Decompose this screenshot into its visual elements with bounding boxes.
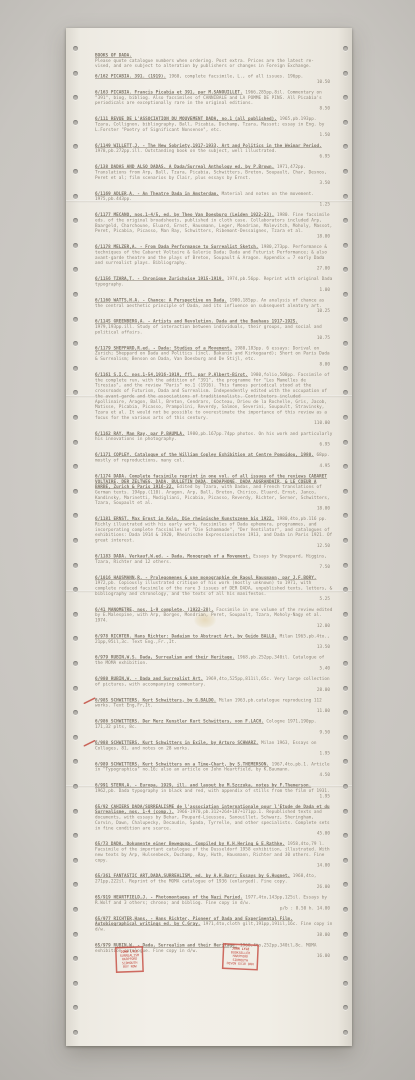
punch-hole xyxy=(343,464,348,469)
catalogue-entry: 6/1161 S.I.C. nos.1-54,1916-1919, ffl. p… xyxy=(95,373,333,427)
punch-hole xyxy=(73,735,78,740)
entry-price: 8.00 xyxy=(95,362,333,367)
punch-hole xyxy=(343,243,348,248)
entry-heading: 6/1169 ADLER,A. - An Theatre Dada in Ams… xyxy=(95,191,219,196)
punch-hole xyxy=(73,759,78,764)
catalogue-entry: 6/1162 RAY. Man Ray, par P.BAUMLA. 1980,… xyxy=(95,431,333,447)
entry-price: 14.00 xyxy=(95,863,333,868)
punch-hole xyxy=(73,1030,78,1035)
punch-hole xyxy=(73,464,78,469)
catalogue-entry: 6/985 SCHWITTERS. Kurt Schwitters, by G.… xyxy=(95,698,333,714)
punch-hole xyxy=(343,710,348,715)
catalogue-entry: 65/92 CAHIERS DADA/SURREALISME de l'asso… xyxy=(95,804,333,836)
punch-hole xyxy=(343,366,348,371)
entry-price: 10.50 xyxy=(95,79,333,84)
punch-hole xyxy=(73,882,78,887)
entry-heading: 6/138 DADAS AND ALSO DADAS. A Dada/Surre… xyxy=(95,165,274,170)
catalogue-entry: 65/919 HEARTFIELD,J. - Photomontages of … xyxy=(95,895,333,911)
entry-price: 28.00 xyxy=(95,687,333,692)
punch-hole xyxy=(73,194,78,199)
entry-price: 7.50 xyxy=(95,565,333,570)
catalogue-entry: 6/978 RICHTER. Hans Richter: Dadaism to … xyxy=(95,634,333,650)
punch-hole xyxy=(343,46,348,51)
punch-hole xyxy=(343,194,348,199)
punch-hole xyxy=(73,858,78,863)
punch-hole xyxy=(73,513,78,518)
entries: 6/162 PICABIA. 391. (1919). 1960, comple… xyxy=(95,74,333,959)
catalogue-entry: 6/980 RUBIN,W. - Dada and Surrealist Art… xyxy=(95,677,333,693)
entry-heading: 6/162 PICABIA. 391. (1919). xyxy=(95,74,166,79)
entry-heading: 6/1160 WATTS,H.A. - Chance: A Perspectiv… xyxy=(95,298,227,303)
entry-price: 8.50 xyxy=(95,106,333,111)
punch-hole xyxy=(343,341,348,346)
entry-heading: 6/1156 TZARA,T. - Chronique Zurichoise 1… xyxy=(95,277,224,282)
entry-description: 1962,pb. Dada typography in black and re… xyxy=(95,788,330,793)
entry-heading: 6/1178 MELZER,A. - From Dada Performance… xyxy=(95,245,258,250)
punch-hole xyxy=(73,267,78,272)
punch-hole xyxy=(73,563,78,568)
punch-hole xyxy=(343,415,348,420)
catalogue-entry: 6/1181 ERNST. Max Ernst in Koln, Die rhe… xyxy=(95,517,333,549)
entry-price: 12.50 xyxy=(95,543,333,548)
entry-price: 1.95 xyxy=(95,751,333,756)
entry-price: 4.50 xyxy=(95,772,333,777)
entry-heading: 6/991 STERN,A. - Europa, 1929, ill. and … xyxy=(95,783,311,788)
punch-hole xyxy=(73,489,78,494)
entry-heading: 6/1183 DADA. Verkauf,W.ed. - Dada, Monog… xyxy=(95,554,251,559)
entry-heading: 6/985 SCHWITTERS. Kurt Schwitters, by G.… xyxy=(95,698,216,703)
entry-price: 110.00 xyxy=(95,421,333,426)
entry-heading: 6/986 SCHWITTERS. Der Merz Kunstler Kurt… xyxy=(95,719,264,724)
punch-hole xyxy=(73,661,78,666)
punch-hole xyxy=(343,440,348,445)
punch-hole xyxy=(73,710,78,715)
punch-hole xyxy=(73,415,78,420)
punch-hole xyxy=(343,833,348,838)
entry-price: 9.50 xyxy=(95,730,333,735)
punch-hole xyxy=(73,932,78,937)
entry-price: 10.25 xyxy=(95,309,333,314)
entry-price: 26.00 xyxy=(95,884,333,889)
stamp-line: DEVON EX10 0NH xyxy=(227,962,254,967)
catalogue-entry: 65/977 RICHTER,Hans. - Hans Richter, Pio… xyxy=(95,916,333,937)
entry-description: 1980,folio,500pp. Facsimile of the compl… xyxy=(95,373,330,421)
punch-hole xyxy=(73,956,78,961)
catalogue-entry: 6/1156 TZARA,T. - Chronique Zurichoise 1… xyxy=(95,277,333,293)
punch-hole xyxy=(343,882,348,887)
catalogue-page: BOOKS OF DADA. Please quote catalogue nu… xyxy=(66,28,352,1046)
punch-hole xyxy=(73,169,78,174)
note-line-2: vised, and are subject to alteration by … xyxy=(95,64,311,69)
punch-hole xyxy=(73,144,78,149)
punch-hole xyxy=(73,317,78,322)
entry-heading: 6/988 SCHWITTERS. Kurt Schwitters in Exi… xyxy=(95,740,258,745)
punch-hole xyxy=(343,661,348,666)
entry-heading: 6/1179 SHEPPARD,R.ed. - Dada: Studies of… xyxy=(95,346,232,351)
punch-hole xyxy=(73,71,78,76)
ordering-note: Please quote catalogue numbers when orde… xyxy=(95,58,333,69)
entry-price: 27.00 xyxy=(95,266,333,271)
entry-description: 1960, complete facsimile, L., of all iss… xyxy=(166,74,303,79)
entry-heading: 65/361 FANTASTIC ART,DADA,SURREALISM, ed… xyxy=(95,874,290,879)
punch-hole xyxy=(343,390,348,395)
punch-hole xyxy=(343,587,348,592)
punch-hole xyxy=(73,390,78,395)
punch-hole xyxy=(73,46,78,51)
entry-heading: 65/919 HEARTFIELD,J. - Photomontages of … xyxy=(95,895,243,900)
entry-heading: 65/73 DADA. Dokumente einer Bewegung. Co… xyxy=(95,842,285,847)
punch-hole xyxy=(73,95,78,100)
punch-hole xyxy=(343,858,348,863)
catalogue-entry: 6/1178 MELZER,A. - From Dada Performance… xyxy=(95,245,333,272)
entry-heading: 6/1177 MECANO, nos.1-4/5, ed. by Theo Va… xyxy=(95,213,274,218)
punch-hole xyxy=(343,612,348,617)
punch-hole xyxy=(73,440,78,445)
catalogue-entry: 6/162 PICABIA. 391. (1919). 1960, comple… xyxy=(95,74,333,85)
punch-hole xyxy=(343,218,348,223)
entry-price: 4.95 xyxy=(95,463,333,468)
dealer-stamp-right: JOHN LYLEBOOKSELLERHARPFORDSIDMOUTHDEVON… xyxy=(222,943,259,971)
punch-hole xyxy=(73,587,78,592)
entry-description: 1972,pb. Copiously illustrated critique … xyxy=(95,581,332,597)
punch-hole xyxy=(73,341,78,346)
entry-heading: 6/1149 WILLETT,J. - The New Sobriety,191… xyxy=(95,143,322,148)
punch-hole xyxy=(73,292,78,297)
entry-price: 13.50 xyxy=(95,645,333,650)
punch-hole xyxy=(343,784,348,789)
punch-hole xyxy=(73,636,78,641)
entry-heading: 6/1171 COPLEY. Catalogue of the William … xyxy=(95,453,314,458)
catalogue-entry: 65/73 DADA. Dokumente einer Bewegung. Co… xyxy=(95,842,333,869)
catalogue-entry: 6/138 DADAS AND ALSO DADAS. A Dada/Surre… xyxy=(95,165,333,186)
punch-hole xyxy=(343,144,348,149)
catalogue-entry: 6/1171 COPLEY. Catalogue of the William … xyxy=(95,453,333,469)
punch-hole xyxy=(343,735,348,740)
entry-price: 1.95 xyxy=(95,794,333,799)
punch-hole xyxy=(343,563,348,568)
punch-hole xyxy=(73,809,78,814)
stamp-line: BUY NOW xyxy=(120,965,139,969)
dealer-stamp-left: JOHN LYLESURREALISMHARPFORDSIDMOUTHBUY N… xyxy=(115,946,144,973)
punch-hole xyxy=(73,120,78,125)
entry-price: 11.00 xyxy=(95,709,333,714)
catalogue-entry: 6/986 SCHWITTERS. Der Merz Kunstler Kurt… xyxy=(95,719,333,735)
red-pen-mark xyxy=(83,740,95,747)
punch-hole xyxy=(343,956,348,961)
entry-price: 18.00 xyxy=(95,506,333,511)
entry-description: 1978,pb.272pp.ill. Outstanding book on t… xyxy=(95,149,277,154)
entry-price: 1.25 xyxy=(95,202,333,207)
punch-hole xyxy=(343,120,348,125)
entry-heading: 6/1181 ERNST. Max Ernst in Koln, Die rhe… xyxy=(95,517,274,522)
catalogue-entry: 6/991 STERN,A. - Europa, 1929, ill. and … xyxy=(95,783,333,799)
punch-hole xyxy=(343,71,348,76)
entry-heading: 6/163 PICABIA. Francis Picabia et 391, p… xyxy=(95,90,243,95)
entry-description: 1979,193pp.ill. Study of interaction bet… xyxy=(95,325,322,335)
punch-hole xyxy=(343,636,348,641)
punch-hole xyxy=(73,612,78,617)
catalogue-entry: 6/1177 MECANO, nos.1-4/5, ed. by Theo Va… xyxy=(95,213,333,240)
punch-hole xyxy=(343,513,348,518)
punch-hole xyxy=(343,759,348,764)
punch-hole xyxy=(73,784,78,789)
punch-hole xyxy=(73,686,78,691)
entry-price: 45.00 xyxy=(95,831,333,836)
punch-hole xyxy=(343,538,348,543)
entry-heading: 6/989 SCHWITTERS. Kurt Schwitters on a T… xyxy=(95,762,269,767)
catalogue-entry: 6/41 MANOMETRE, nos. 1-9 complete, (1922… xyxy=(95,607,333,628)
entry-price: 3.50 xyxy=(95,181,333,186)
entry-heading: 6/980 RUBIN,W. - Dada and Surrealist Art… xyxy=(95,677,203,682)
punch-hole xyxy=(343,267,348,272)
punch-hole xyxy=(73,907,78,912)
entry-price: 5.40 xyxy=(95,666,333,671)
catalogue-entry: 6/1160 WATTS,H.A. - Chance: A Perspectiv… xyxy=(95,298,333,314)
punch-hole xyxy=(73,1005,78,1010)
punch-hole xyxy=(343,169,348,174)
catalogue-entry: 65/361 FANTASTIC ART,DADA,SURREALISM, ed… xyxy=(95,874,333,890)
catalogue-entry: 6/1145 GREENBERG,A. - Artists and Revolu… xyxy=(95,319,333,340)
punch-hole xyxy=(343,1030,348,1035)
punch-hole xyxy=(343,95,348,100)
catalogue-entry: 6/1174 DADA. Complete facsimile reprint … xyxy=(95,474,333,511)
punch-hole xyxy=(343,809,348,814)
punch-hole xyxy=(343,317,348,322)
entry-heading: 6/979 RUBIN,W.S. Dada, Surrealism and th… xyxy=(95,655,235,660)
catalogue-entry: 6/1179 SHEPPARD,R.ed. - Dada: Studies of… xyxy=(95,346,333,367)
punch-hole xyxy=(343,907,348,912)
entry-price: 18.00 xyxy=(95,234,333,239)
catalogue-entry: 6/1149 WILLETT,J. - The New Sobriety,191… xyxy=(95,143,333,159)
note-line-1: Please quote catalogue numbers when orde… xyxy=(95,58,314,63)
punch-hole xyxy=(343,292,348,297)
catalogue-entry: 6/1016 HAUSMANN,R. - Prolegomenes & une … xyxy=(95,575,333,602)
catalogue-entry: 6/163 PICABIA. Francis Picabia et 391, p… xyxy=(95,90,333,111)
entry-price: 1.00 xyxy=(95,287,333,292)
punch-hole xyxy=(343,1005,348,1010)
entry-heading: 6/1145 GREENBERG,A. - Artists and Revolu… xyxy=(95,319,298,324)
punch-hole xyxy=(73,538,78,543)
punch-hole xyxy=(73,243,78,248)
punch-hole xyxy=(343,686,348,691)
punch-hole xyxy=(343,981,348,986)
punch-hole xyxy=(73,981,78,986)
entry-price: 12.00 xyxy=(95,623,333,628)
punch-hole xyxy=(73,366,78,371)
entry-heading: 6/111 REVUE DE L'ASSOCIATION DU MOUVEMEN… xyxy=(95,117,277,122)
text-column: BOOKS OF DADA. Please quote catalogue nu… xyxy=(95,53,333,964)
entry-price: 6.95 xyxy=(95,154,333,159)
punch-hole xyxy=(343,489,348,494)
entry-price: 38.00 xyxy=(95,932,333,937)
red-pen-mark xyxy=(83,697,95,704)
entry-heading: 6/1161 S.I.C. nos.1-54,1916-1919, ffl. p… xyxy=(95,373,248,378)
punch-hole xyxy=(73,218,78,223)
catalogue-entry: 6/1183 DADA. Verkauf,W.ed. - Dada, Monog… xyxy=(95,554,333,570)
entry-heading: 6/41 MANOMETRE, nos. 1-9 complete, (1922… xyxy=(95,607,214,612)
punch-hole xyxy=(73,833,78,838)
entry-heading: 6/978 RICHTER. Hans Richter: Dadaism to … xyxy=(95,634,277,639)
catalogue-entry: 6/979 RUBIN,W.S. Dada, Surrealism and th… xyxy=(95,655,333,671)
entry-heading: 6/1016 HAUSMANN,R. - Prolegomenes & une … xyxy=(95,575,317,580)
catalogue-entry: 6/111 REVUE DE L'ASSOCIATION DU MOUVEMEN… xyxy=(95,117,333,138)
entry-heading: 6/1162 RAY. Man Ray, par P.BAUMLA. xyxy=(95,431,185,436)
catalogue-entry: 6/988 SCHWITTERS. Kurt Schwitters in Exi… xyxy=(95,740,333,756)
entry-price: 1.50 xyxy=(95,133,333,138)
catalogue-entry: 6/1169 ADLER,A. - An Theatre Dada in Ams… xyxy=(95,191,333,207)
punch-hole xyxy=(343,932,348,937)
entry-price: 5.25 xyxy=(95,597,333,602)
entry-price: p/b : 8.50 h. 14.00 xyxy=(95,906,333,911)
entry-price: 10.75 xyxy=(95,335,333,340)
entry-price: 6.95 xyxy=(95,442,333,447)
catalogue-entry: 6/989 SCHWITTERS. Kurt Schwitters on a T… xyxy=(95,762,333,778)
